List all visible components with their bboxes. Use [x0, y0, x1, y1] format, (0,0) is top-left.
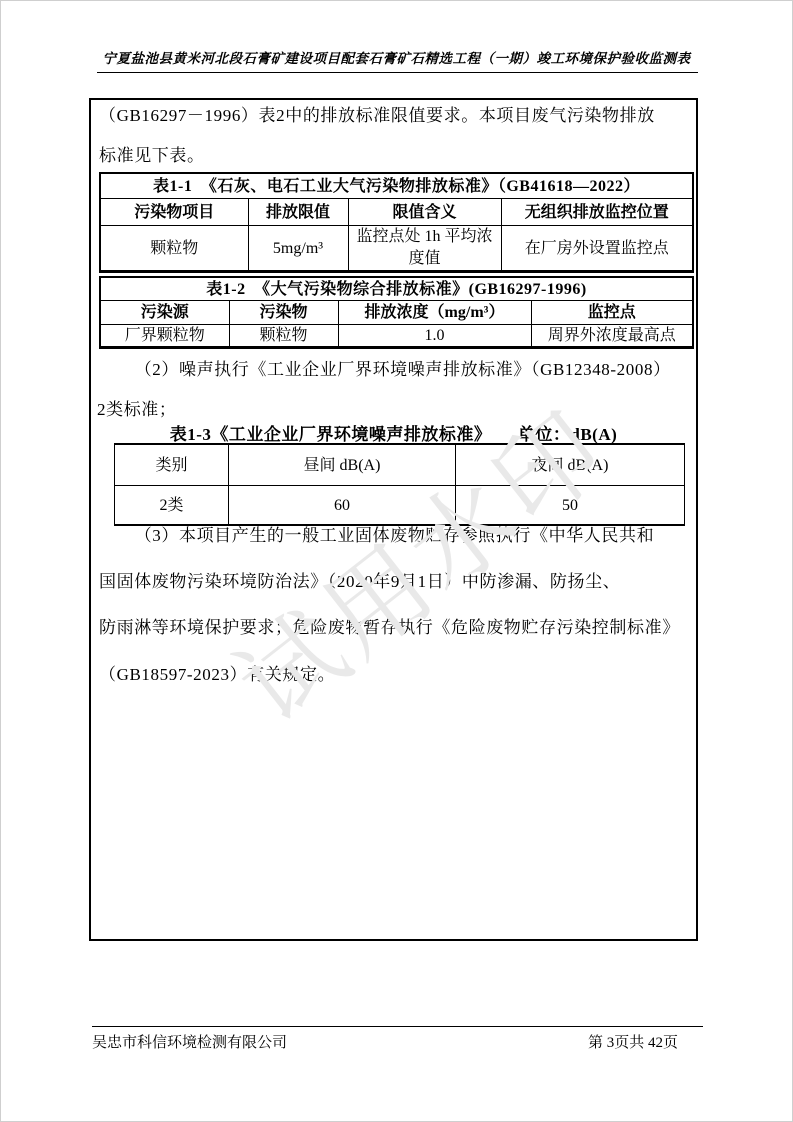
paragraph3-line1: （3）本项目产生的一般工业固体废物贮存参照执行《中华人民共和 [99, 524, 654, 548]
document-page: 宁夏盐池县黄米河北段石膏矿建设项目配套石膏矿石精选工程（一期）竣工环境保护验收监… [0, 0, 793, 1122]
table-1-1-cell: 颗粒物 [100, 226, 248, 272]
table-1-1-header: 限值含义 [348, 199, 501, 226]
header-divider [97, 72, 698, 73]
footer-page-number: 第 3页共 42页 [588, 1031, 678, 1052]
paragraph3-line3: 防雨淋等环境保护要求；危险废物暂存执行《危险废物贮存污染控制标准》 [99, 616, 680, 640]
table-1-1-header: 污染物项目 [100, 199, 248, 226]
table-1-3-cell: 2类 [115, 486, 229, 526]
table-1-3-cell: 50 [456, 486, 685, 526]
paragraph2-line2: 2类标准； [97, 398, 177, 422]
page-header-title: 宁夏盐池县黄米河北段石膏矿建设项目配套石膏矿石精选工程（一期）竣工环境保护验收监… [0, 47, 793, 67]
table-1-1-header: 排放限值 [248, 199, 348, 226]
table-1-3-header: 昼间 dB(A) [229, 444, 456, 486]
table-row: 厂界颗粒物 颗粒物 1.0 周界外浓度最高点 [100, 325, 693, 348]
footer-divider [92, 1026, 703, 1027]
table-1-2-header: 污染源 [100, 301, 229, 325]
table-1-1-title: 表1-1 《石灰、电石工业大气污染物排放标准》（GB41618—2022） [100, 173, 693, 199]
table-1-3: 类别 昼间 dB(A) 夜间 dB(A) 2类 60 50 [114, 443, 685, 526]
table-1-2-cell: 1.0 [338, 325, 531, 348]
table-1-2-cell: 周界外浓度最高点 [531, 325, 693, 348]
table-1-2: 表1-2 《大气污染物综合排放标准》(GB16297-1996) 污染源 污染物… [99, 276, 694, 349]
table-row: 2类 60 50 [115, 486, 685, 526]
table-1-1-cell: 5mg/m³ [248, 226, 348, 272]
table-1-2-header: 排放浓度（mg/m³） [338, 301, 531, 325]
table-1-2-cell: 厂界颗粒物 [100, 325, 229, 348]
table-1-2-header: 污染物 [229, 301, 338, 325]
paragraph2-line1: （2）噪声执行《工业企业厂界环境噪声排放标准》（GB12348-2008） [99, 358, 671, 382]
table-1-3-header: 类别 [115, 444, 229, 486]
table-1-2-cell: 颗粒物 [229, 325, 338, 348]
paragraph1-line2: 标准见下表。 [99, 144, 205, 168]
table-1-1: 表1-1 《石灰、电石工业大气污染物排放标准》（GB41618—2022） 污染… [99, 172, 694, 273]
paragraph3-line2: 国固体废物污染环境防治法》（2020年9月1日）中防渗漏、防扬尘、 [99, 570, 620, 594]
table-1-3-header: 夜间 dB(A) [456, 444, 685, 486]
table-1-2-header: 监控点 [531, 301, 693, 325]
paragraph1-line1: （GB16297－1996）表2中的排放标准限值要求。本项目废气污染物排放 [99, 104, 655, 128]
table-1-1-header: 无组织排放监控位置 [501, 199, 693, 226]
table-1-3-cell: 60 [229, 486, 456, 526]
table-1-1-cell: 监控点处 1h 平均浓度值 [348, 226, 501, 272]
footer-company-name: 吴忠市科信环境检测有限公司 [92, 1031, 287, 1052]
table-1-2-title: 表1-2 《大气污染物综合排放标准》(GB16297-1996) [100, 277, 693, 301]
table-1-3-title: 表1-3《工业企业厂界环境噪声排放标准》 单位：dB(A) [91, 420, 696, 445]
paragraph3-line4: （GB18597-2023）有关规定。 [99, 663, 335, 687]
table-1-1-cell: 在厂房外设置监控点 [501, 226, 693, 272]
content-border-box: （GB16297－1996）表2中的排放标准限值要求。本项目废气污染物排放 标准… [89, 98, 698, 941]
table-row: 颗粒物 5mg/m³ 监控点处 1h 平均浓度值 在厂房外设置监控点 [100, 226, 693, 272]
